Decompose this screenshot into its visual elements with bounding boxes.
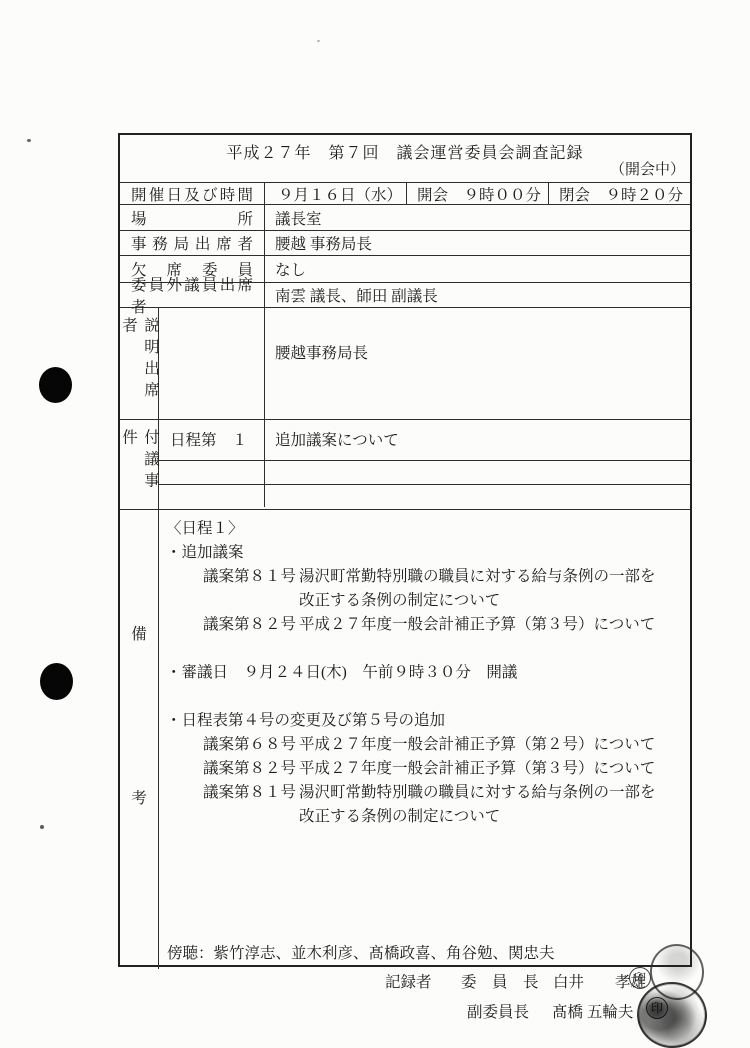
agenda-item-title [265,461,690,484]
chair-role-label: 委 員 長 [461,970,539,992]
explainers-subcell [159,308,265,419]
explainers-value: 腰越事務局長 [265,308,690,419]
bill-description: 平成２７年度一般会計補正予算（第３号）について [299,760,655,777]
agenda-item-row: 日程第 １ 追加議案について [159,420,690,460]
bill-number: 議案第８１号 [203,781,299,805]
row-place: 場所 議長室 [120,204,690,230]
remarks-bill-line: 議案第８２号平成２７年度一般会計補正予算（第３号）について [159,757,690,781]
secretariat-value: 腰越 事務局長 [265,231,690,255]
remarks-line: ・日程表第４号の変更及び第５号の追加 [159,709,690,733]
vice-chair-role-label: 副委員長 [467,1000,529,1022]
remarks-content: 〈日程１〉 ・追加議案 議案第８１号湯沢町常勤特別職の職員に対する給与条例の一部… [159,510,690,969]
vice-chair-name: 髙橋 五輪夫 [552,1000,633,1022]
agenda-item-row [159,460,690,484]
remarks-line: 改正する条例の制定について [159,589,690,613]
scan-speck [40,825,44,829]
datetime-date: ９月１６日（水） [265,183,407,204]
session-status-note: （開会中） [610,158,685,179]
bill-number: 議案第８２号 [203,757,299,781]
datetime-label: 開催日及び時間 [131,183,253,205]
remarks-line: 改正する条例の制定について [159,805,690,829]
recorder-label: 記録者 [385,970,432,992]
place-label: 場所 [131,207,253,229]
punch-hole-top [39,367,72,403]
bill-description: 湯沢町常勤特別職の職員に対する給与条例の一部を [299,568,656,585]
bill-number: 議案第６８号 [203,733,299,757]
remarks-bill-line: 議案第８１号湯沢町常勤特別職の職員に対する給与条例の一部を [159,565,690,589]
remarks-bill-line: 議案第８２号平成２７年度一般会計補正予算（第３号）について [159,613,690,637]
secretariat-label: 事務局出席者 [131,232,253,254]
row-explainers: 説明出席者 腰越事務局長 [120,307,690,419]
agenda-item-no [159,461,265,484]
record-table: 平成２７年 第７回 議会運営委員会調査記録 （開会中） 開催日及び時間 ９月１６… [118,133,692,967]
page-title: 平成２７年 第７回 議会運営委員会調査記録 [120,140,690,163]
bill-description: 平成２７年度一般会計補正予算（第２号）について [299,736,655,753]
agenda-label: 付議事件 [117,420,161,509]
row-remarks: 備 考 〈日程１〉 ・追加議案 議案第８１号湯沢町常勤特別職の職員に対する給与条… [120,509,690,969]
audience-line: 傍聴：紫竹淳志、並木利彦、髙橋政喜、角谷勉、関忠夫 [167,942,555,966]
scan-speck [317,40,320,42]
remarks-line: ・審議日 ９月２４日(木) 午前９時３０分 開議 [159,661,690,685]
agenda-item-no [159,485,265,507]
row-secretariat: 事務局出席者 腰越 事務局長 [120,230,690,255]
title-row: 平成２７年 第７回 議会運営委員会調査記録 （開会中） [120,135,690,182]
punch-hole-bottom [40,663,73,700]
row-nonmember-attendees: 委員外議員出席者 南雲 議長、師田 副議長 [120,282,690,307]
scanned-meeting-record: 平成２７年 第７回 議会運営委員会調査記録 （開会中） 開催日及び時間 ９月１６… [0,0,750,1048]
agenda-item-row [159,484,690,507]
bill-number: 議案第８２号 [203,613,299,637]
remarks-label-bottom: 考 [120,786,158,808]
agenda-item-title [265,485,690,507]
datetime-close: 閉会 ９時２０分 [549,183,690,204]
absent-value: なし [265,256,690,282]
bill-description: 平成２７年度一般会計補正予算（第３号）について [299,616,655,633]
remarks-label-top: 備 [120,622,158,644]
chair-seal-icon: 印 [629,967,651,989]
remarks-line: 〈日程１〉 [159,517,690,541]
row-datetime: 開催日及び時間 ９月１６日（水） 開会 ９時００分 閉会 ９時２０分 [120,182,690,204]
nonmember-value: 南雲 議長、師田 副議長 [265,283,690,307]
row-agenda: 付議事件 日程第 １ 追加議案について [120,419,690,509]
scan-speck [27,139,31,142]
remarks-bill-line: 議案第８１号湯沢町常勤特別職の職員に対する給与条例の一部を [159,781,690,805]
agenda-item-no: 日程第 １ [159,420,265,460]
bill-description: 湯沢町常勤特別職の職員に対する給与条例の一部を [299,784,656,801]
place-value: 議長室 [265,205,690,230]
datetime-open: 開会 ９時００分 [407,183,549,204]
explainers-label: 説明出席者 [117,308,161,419]
agenda-item-title: 追加議案について [265,420,690,460]
remarks-bill-line: 議案第６８号平成２７年度一般会計補正予算（第２号）について [159,733,690,757]
remarks-line: ・追加議案 [159,541,690,565]
bill-number: 議案第８１号 [203,565,299,589]
